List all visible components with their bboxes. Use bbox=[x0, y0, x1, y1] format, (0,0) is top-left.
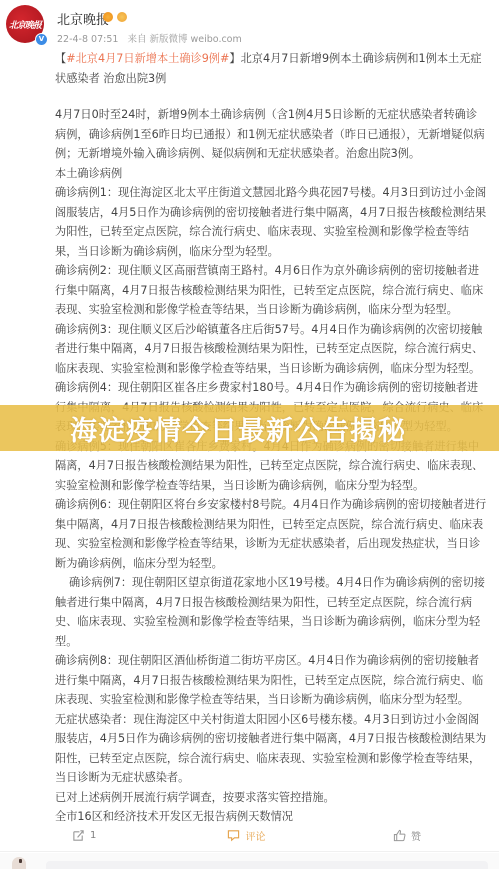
avatar-logo-text: 北京晚报 bbox=[9, 18, 41, 31]
banner-title: 海淀疫情今日最新公告揭秘 bbox=[70, 409, 406, 448]
forward-button[interactable]: 1 bbox=[0, 829, 188, 842]
summary-paragraph: 4月7日0时至24时，新增9例本土确诊病例（含1例4月5日诊断的无症状感染者转确… bbox=[55, 105, 487, 164]
post-header: 北京晚报 V 北京晚报 22-4-8 07:51 来自 新版微博 weibo.c… bbox=[0, 0, 499, 46]
comment-label: 评论 bbox=[245, 828, 265, 843]
comment-button[interactable]: 评论 bbox=[188, 828, 304, 843]
verified-badge-icon: V bbox=[35, 33, 48, 46]
section-title: 本土确诊病例 bbox=[55, 164, 487, 184]
case-paragraph: 确诊病例7：现住朝阳区望京街道花家地小区19号楼。4月4日作为确诊病例的密切接触… bbox=[55, 573, 487, 651]
like-label: 赞 bbox=[411, 828, 421, 843]
comment-input[interactable] bbox=[46, 861, 488, 869]
post-headline: 【#北京4月7日新增本土确诊9例#】北京4月7日新增9例本土确诊病例和1例本土无… bbox=[55, 49, 487, 88]
case-paragraph: 确诊病例6：现住朝阳区将台乡安家楼村8号院。4月4日作为确诊病例的密切接触者进行… bbox=[55, 495, 487, 573]
badge-group bbox=[103, 12, 127, 22]
post-source: 来自 新版微博 weibo.com bbox=[127, 34, 241, 45]
like-button[interactable]: 赞 bbox=[305, 828, 499, 843]
account-name[interactable]: 北京晚报 bbox=[57, 9, 109, 28]
measures-paragraph: 已对上述病例开展流行病学调查，按要求落实管控措施。 bbox=[55, 788, 487, 808]
asymptomatic-paragraph: 无症状感染者：现住海淀区中关村街道太阳园小区6号楼东楼。4月3日到访过小金阁阁服… bbox=[55, 710, 487, 788]
comment-icon bbox=[227, 829, 240, 842]
case-paragraph: 确诊病例2：现住顺义区高丽营镇南王路村。4月6日作为京外确诊病例的密切接触者进行… bbox=[55, 261, 487, 320]
action-bar: 1 评论 赞 bbox=[0, 820, 499, 852]
overlay-banner: 海淀疫情今日最新公告揭秘 bbox=[0, 405, 499, 451]
user-avatar[interactable] bbox=[12, 857, 26, 869]
post-meta: 22-4-8 07:51 来自 新版微博 weibo.com bbox=[57, 31, 242, 45]
post-timestamp: 22-4-8 07:51 bbox=[57, 34, 118, 45]
topic-link[interactable]: #北京4月7日新增本土确诊9例# bbox=[66, 52, 229, 65]
orange-badge-icon bbox=[103, 12, 113, 22]
forward-count: 1 bbox=[90, 830, 96, 841]
forward-icon bbox=[72, 829, 85, 842]
case-paragraph: 确诊病例1：现住海淀区北太平庄街道文慧园北路今典花园7号楼。4月3日到访过小金阁… bbox=[55, 183, 487, 261]
case-paragraph: 确诊病例3：现住顺义区后沙峪镇董各庄后街57号。4月4日作为确诊病例的次密切接触… bbox=[55, 320, 487, 379]
orange-badge-icon bbox=[117, 12, 127, 22]
case-paragraph: 确诊病例8：现住朝阳区酒仙桥街道二街坊平房区。4月4日作为确诊病例的密切接触者进… bbox=[55, 651, 487, 710]
thumbs-up-icon bbox=[393, 829, 406, 842]
